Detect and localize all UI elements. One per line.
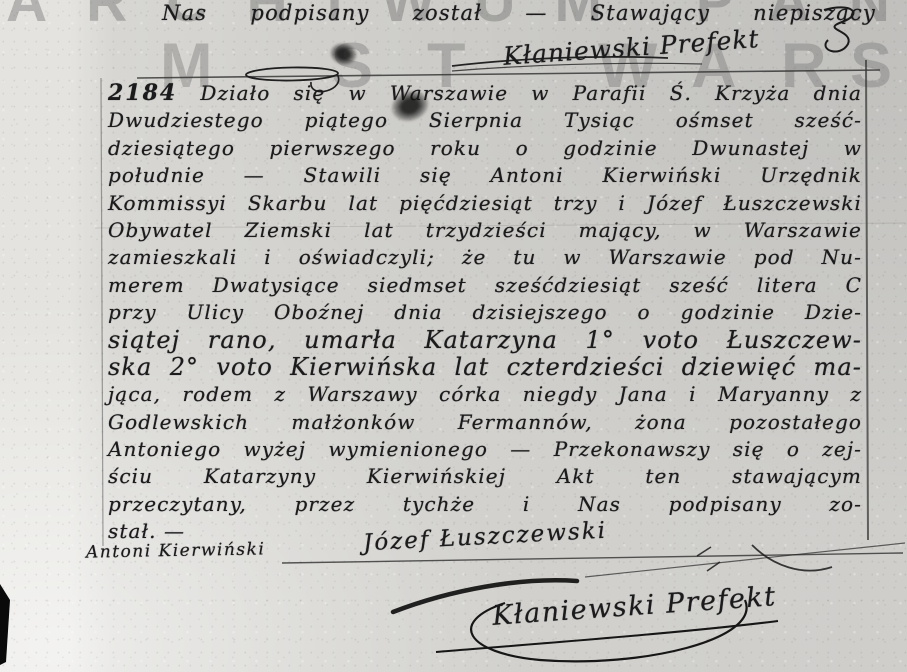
record-line: Kommissyi Skarbu lat pięćdziesiąt trzy i… [108,190,862,217]
previous-record-closing: Nas podpisany został — Stawający niepisz… [162,1,876,25]
document-page: ARCHIWUM PAŃ M S T W A R S Nas podpisany… [0,0,907,672]
prefekt-signature-bottom: Kłaniewski Prefekt [491,581,777,632]
record-line: jąca, rodem z Warszawy córka niegdy Jana… [108,381,862,408]
record-line: południe — Stawili się Antoni Kierwiński… [108,162,862,189]
record-line-text: Działo się w Warszawie w Parafii Ś. Krzy… [200,81,862,105]
record-line: zamieszkali i oświadczyli; że tu w Warsz… [108,244,862,271]
record-line: siątej rano, umarła Katarzyna 1° voto Łu… [108,327,862,354]
record-line: merem Dwatysiące siedmset sześćdziesiąt … [108,272,862,299]
record-line: Dwudziestego piątego Sierpnia Tysiąc ośm… [108,107,862,134]
record-line: Antoniego wyżej wymienionego — Przekonaw… [108,436,862,463]
record-line: ska 2° voto Kierwińska lat czterdzieści … [108,354,862,381]
record-line: przeczytany, przez tychże i Nas podpisan… [108,491,862,518]
witness-signature-kierwinski: Antoni Kierwiński [86,539,266,562]
record-line: 2184 Działo się w Warszawie w Parafii Ś.… [108,80,862,107]
record-line: Obywatel Ziemski lat trzydzieści mający,… [108,217,862,244]
record-line: ściu Katarzyny Kierwińskiej Akt ten staw… [108,463,862,490]
record-line: Godlewskich małżonków Fermannów, żona po… [108,409,862,436]
record-line: dziesiątego pierwszego roku o godzinie D… [108,135,862,162]
record-number: 2184 [108,80,177,106]
record-line: przy Ulicy Oboźnej dnia dzisiejszego o g… [108,299,862,326]
death-record-2184: 2184 Działo się w Warszawie w Parafii Ś.… [108,80,862,546]
